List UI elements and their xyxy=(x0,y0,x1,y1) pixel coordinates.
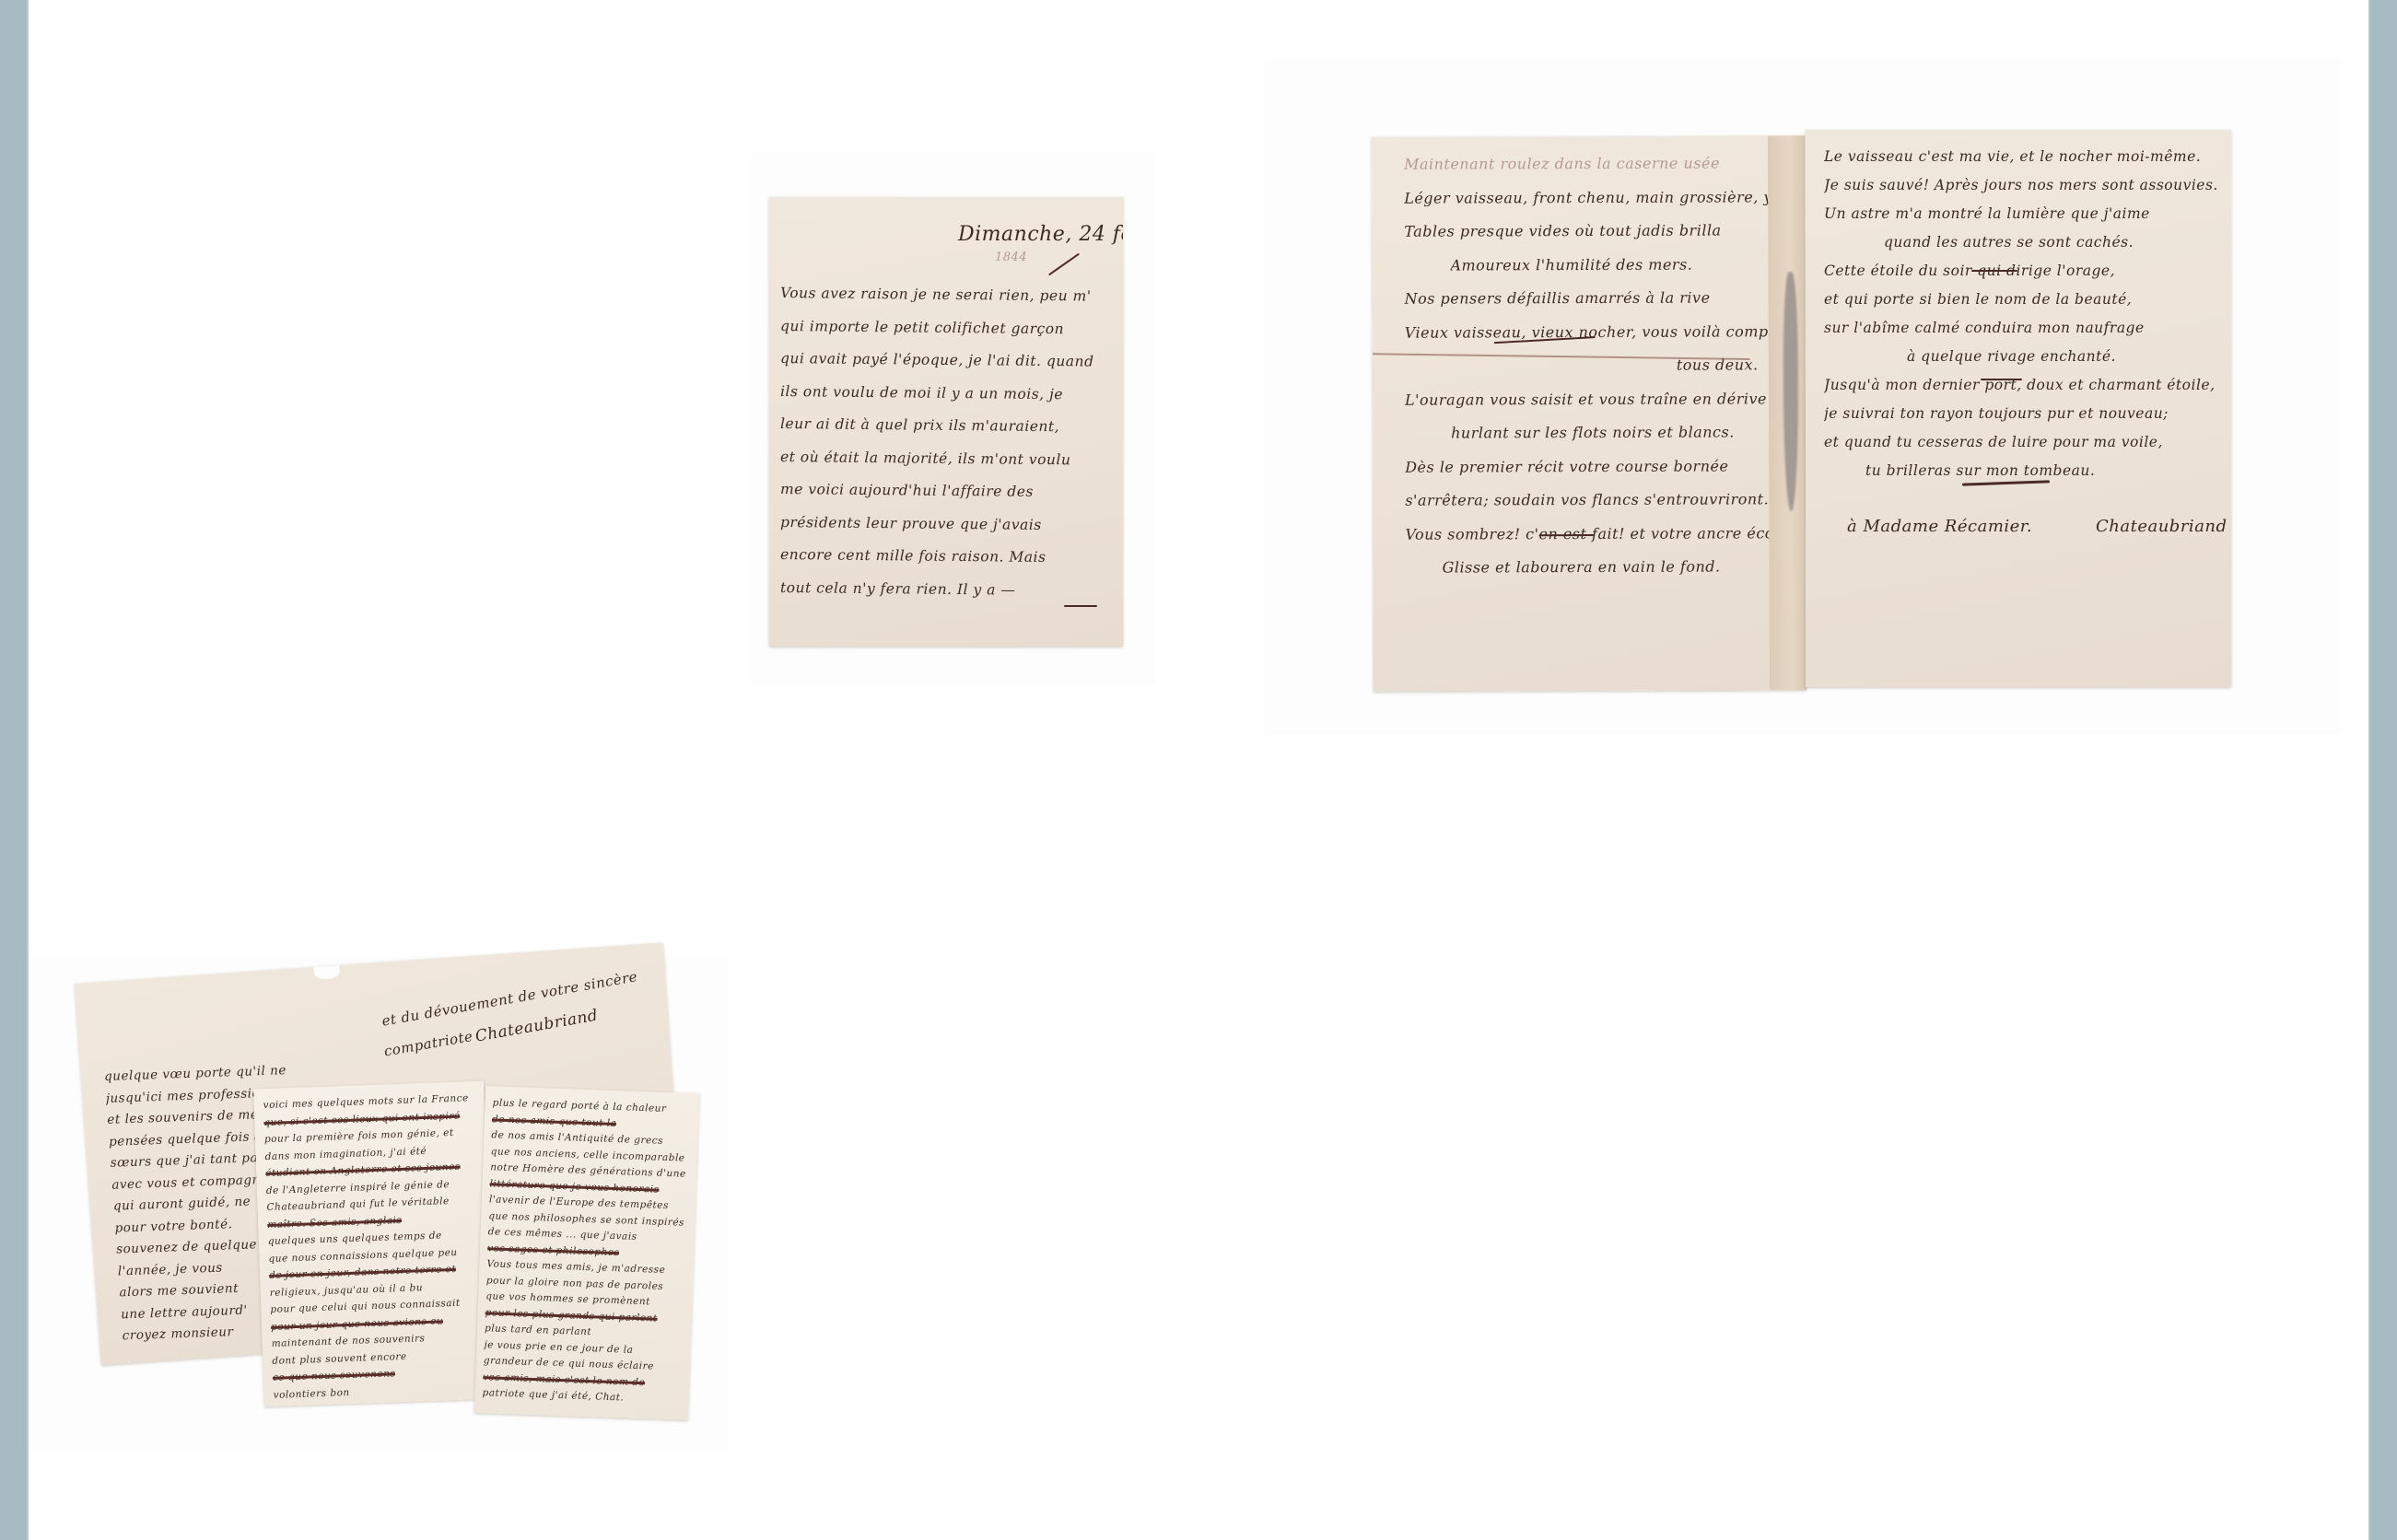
handwritten-line: pour la première fois mon génie, et xyxy=(264,1127,454,1145)
handwritten-line: je suivrai ton rayon toujours pur et nou… xyxy=(1824,405,2169,422)
handwritten-line: Léger vaisseau, front chenu, main grossi… xyxy=(1404,188,1772,206)
handwritten-line: qui avait payé l'époque, je l'ai dit. qu… xyxy=(780,350,1094,370)
handwritten-line: Je suis sauvé! Après jours nos mers sont… xyxy=(1824,177,2218,193)
letter-date-sub: 1844 xyxy=(995,251,1027,264)
separator-rule xyxy=(1538,534,1594,536)
handwritten-line: à quelque rivage enchanté. xyxy=(1907,348,2116,365)
handwritten-line: grandeur de ce qui nous éclaire xyxy=(484,1355,654,1371)
handwritten-line: patriote que j'ai été, Chat. xyxy=(482,1387,624,1403)
stack-front-left-sheet: voici mes quelques mots sur la Franceque… xyxy=(253,1081,495,1407)
handwritten-line: Nos pensers défaillis amarrés à la rive xyxy=(1405,289,1711,308)
handwritten-line: Vous tous mes amis, je m'adresse xyxy=(486,1258,665,1276)
handwritten-line: Vous avez raison je ne serai rien, peu m… xyxy=(780,285,1092,305)
letter-page: Dimanche, 24 fév 1844 Vous avez raison j… xyxy=(769,197,1123,647)
handwritten-line: qui auront guidé, ne xyxy=(113,1194,251,1213)
torn-notch xyxy=(313,965,340,980)
handwritten-line: souvenez de quelque xyxy=(116,1237,257,1256)
handwritten-line: pour votre bonté. xyxy=(114,1217,232,1235)
handwritten-line: que vos hommes se promènent xyxy=(485,1290,650,1307)
handwritten-line: que nos philosophes se sont inspirés xyxy=(488,1210,684,1228)
handwritten-line: Glisse et labourera en vain le fond. xyxy=(1443,558,1721,577)
handwritten-line: leur ai dit à quel prix ils m'auraient, xyxy=(780,415,1059,435)
handwritten-line: tu brilleras sur mon tombeau. xyxy=(1865,462,2095,479)
manuscript-right-page: Le vaisseau c'est ma vie, et le nocher m… xyxy=(1806,130,2231,687)
handwritten-line: que nos anciens, celle incomparable xyxy=(491,1146,685,1163)
handwritten-line: vos sages et philosophes xyxy=(487,1242,620,1258)
handwritten-line: Le vaisseau c'est ma vie, et le nocher m… xyxy=(1824,148,2201,165)
handwritten-line: l'avenir de l'Europe des tempêtes xyxy=(489,1194,669,1211)
handwritten-line: dans mon imagination, j'ai été xyxy=(264,1145,427,1161)
handwritten-line: avec vous et compagnie xyxy=(111,1172,273,1192)
handwritten-line: religieux, jusqu'au où il a bu xyxy=(270,1282,424,1299)
dedication: à Madame Récamier. xyxy=(1847,517,2032,536)
manuscript-left-page: Maintenant roulez dans la caserne uséeLé… xyxy=(1372,135,1807,692)
handwritten-line: pour un jour que nous avions eu xyxy=(271,1315,443,1333)
handwritten-line: Dès le premier récit votre course bornée xyxy=(1405,457,1728,475)
handwritten-line: Vous sombrez! c'en est fait! et votre an… xyxy=(1405,524,1773,542)
handwritten-line: quelque vœu porte qu'il ne xyxy=(104,1063,286,1084)
letters-stack-photo[interactable]: quelque vœu porte qu'il nejusqu'ici mes … xyxy=(29,956,729,1451)
date-flourish xyxy=(1048,253,1080,276)
closing-line: et du dévouement de votre sincère xyxy=(380,968,638,1030)
closing-rule xyxy=(1962,480,2050,485)
handwritten-line: de l'Angleterre inspiré le génie de xyxy=(266,1179,450,1196)
ink-stain xyxy=(1783,272,1798,511)
handwritten-line: présidents leur prouve que j'avais xyxy=(780,514,1042,533)
letter-photo[interactable]: Dimanche, 24 fév 1844 Vous avez raison j… xyxy=(751,152,1156,686)
stack-front-right-sheet: plus le regard porté à la chaleurde nos … xyxy=(474,1086,699,1420)
handwritten-line: Tables presque vides où tout jadis brill… xyxy=(1404,221,1721,239)
handwritten-line: volontiers bon xyxy=(273,1387,349,1401)
handwritten-line: Cette étoile du soir qui dirige l'orage, xyxy=(1824,262,2115,279)
handwritten-line: que, si c'est ces lieux qui ont inspiré xyxy=(263,1110,461,1127)
handwritten-line: de nos amis que tout la xyxy=(492,1114,617,1129)
handwritten-line: tout cela n'y fera rien. Il y a — xyxy=(780,579,1016,599)
handwritten-line: alors me souvient xyxy=(119,1281,239,1301)
handwritten-line: voici mes quelques mots sur la France xyxy=(263,1092,468,1111)
handwritten-line: plus le regard porté à la chaleur xyxy=(492,1097,666,1114)
handwritten-line: de nos amis l'Antiquité de grecs xyxy=(491,1129,663,1147)
manuscript-photo[interactable]: Maintenant roulez dans la caserne uséeLé… xyxy=(1264,58,2340,735)
handwritten-line: une lettre aujourd' xyxy=(121,1302,248,1322)
closing-line-2: compatriote xyxy=(382,1028,474,1060)
handwritten-line: littérature que je vous honorais xyxy=(489,1178,659,1195)
handwritten-line: plus tard en parlant xyxy=(485,1323,591,1337)
letter-end-dash xyxy=(1064,605,1097,607)
separator-rule xyxy=(1981,379,2022,380)
handwritten-line: dont plus souvent encore xyxy=(272,1350,407,1366)
handwritten-line: encore cent mille fois raison. Mais xyxy=(780,546,1046,566)
handwritten-line: pour la gloire non pas de paroles xyxy=(486,1275,664,1292)
stack-back-text: quelque vœu porte qu'il nejusqu'ici mes … xyxy=(75,942,662,984)
handwritten-line: de jour en jour, dans notre terre et xyxy=(269,1264,456,1281)
handwritten-line: sœurs que j'ai tant parlé xyxy=(110,1149,276,1170)
stack-signature: Chateaubriand xyxy=(474,1007,599,1046)
handwritten-line: Chateaubriand qui fut le véritable xyxy=(266,1196,450,1213)
handwritten-line: et qui porte si bien le nom de la beauté… xyxy=(1824,291,2132,308)
handwritten-line: l'année, je vous xyxy=(118,1260,223,1278)
handwritten-line: ils ont voulu de moi il y a un mois, je xyxy=(780,383,1063,402)
handwritten-line: Un astre m'a montré la lumière que j'aim… xyxy=(1824,205,2150,222)
handwritten-line: Amoureux l'humilité des mers. xyxy=(1450,255,1692,274)
manuscript-left-text: Maintenant roulez dans la caserne uséeLé… xyxy=(1372,135,1805,137)
handwritten-line: me voici aujourd'hui l'affaire des xyxy=(780,481,1034,500)
handwritten-line: que nous connaissions quelque peu xyxy=(268,1246,457,1264)
handwritten-line: s'arrêtera; soudain vos flancs s'entrouv… xyxy=(1405,490,1769,508)
handwritten-line: étudiant en Angleterre et ses jeunes xyxy=(265,1161,461,1179)
handwritten-line: de ces mêmes ... que j'avais xyxy=(488,1226,637,1242)
handwritten-line: maintenant de nos souvenirs xyxy=(272,1333,426,1349)
handwritten-line: qui importe le petit colifichet garçon xyxy=(780,318,1064,337)
separator-rule xyxy=(1971,270,2017,272)
handwritten-line: ce que nous souvenons xyxy=(273,1368,396,1383)
handwritten-line: et où était la majorité, ils m'ont voulu xyxy=(780,449,1071,468)
handwritten-line: et quand tu cesseras de luire pour ma vo… xyxy=(1824,434,2163,450)
left-border xyxy=(0,0,29,1540)
handwritten-line: vos amis, mais c'est le nom de xyxy=(483,1371,645,1388)
handwritten-line: pour les plus grands qui parlent xyxy=(485,1307,657,1324)
handwritten-line: sur l'abîme calmé conduira mon naufrage xyxy=(1824,320,2145,336)
handwritten-line: notre Homère des générations d'une xyxy=(490,1161,686,1179)
handwritten-line: je vous prie en ce jour de la xyxy=(484,1339,633,1356)
handwritten-line: hurlant sur les flots noirs et blancs. xyxy=(1451,423,1735,441)
handwritten-line: quand les autres se sont cachés. xyxy=(1884,234,2134,251)
handwritten-line: maître. Ses amis, anglais xyxy=(267,1214,402,1230)
handwritten-line: L'ouragan vous saisit et vous traîne en … xyxy=(1405,390,1767,408)
signature: Chateaubriand xyxy=(2096,517,2227,536)
handwritten-line: quelques uns quelques temps de xyxy=(268,1230,442,1247)
right-border xyxy=(2368,0,2397,1540)
handwritten-line: croyez monsieur xyxy=(123,1324,234,1343)
handwritten-line: Maintenant roulez dans la caserne usée xyxy=(1404,155,1720,173)
letter-date: Dimanche, 24 fév xyxy=(958,223,1123,246)
handwritten-line: pour que celui qui nous connaissait xyxy=(270,1298,461,1315)
